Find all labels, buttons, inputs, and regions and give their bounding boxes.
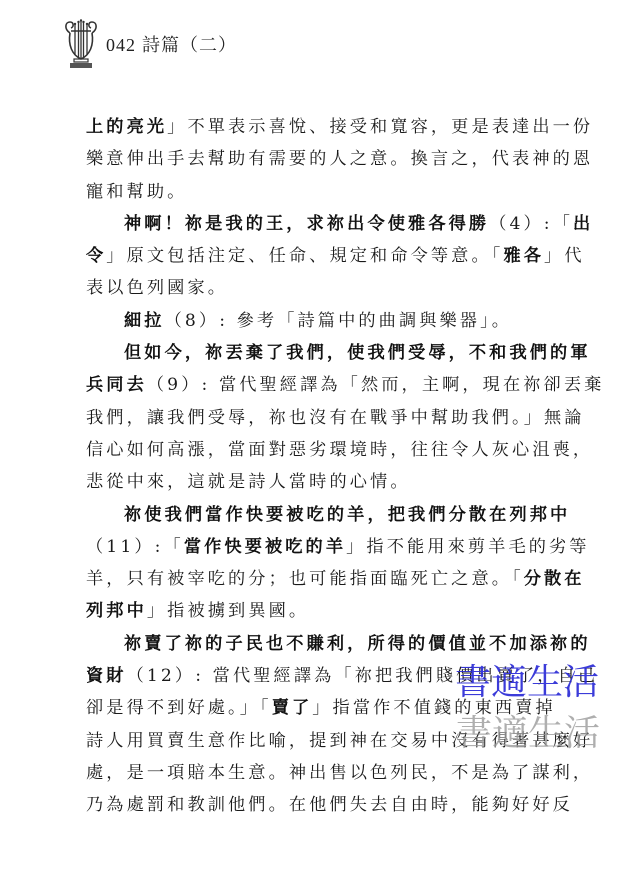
paragraph: 但如今，祢丟棄了我們，使我們受辱，不和我們的軍兵同去（9）: 當代聖經譯為「然而… (86, 337, 528, 498)
paragraph: 上的亮光」不單表示喜悅、接受和寬容，更是表達出一份樂意伸出手去幫助有需要的人之意… (86, 111, 528, 208)
scripture-quote: 令 (86, 246, 106, 266)
scripture-quote: 分散在 (524, 569, 585, 589)
scripture-quote: 資財 (86, 666, 127, 686)
commentary-text: 樂意伸出手去幫助有需要的人之意。換言之，代表神的恩 (86, 149, 593, 169)
text-line: 細拉（8）: 參考「詩篇中的曲調與樂器」。 (86, 305, 528, 337)
commentary-text: 乃為處罰和教訓他們。在他們失去自由時，能夠好好反 (86, 795, 573, 815)
text-line: 但如今，祢丟棄了我們，使我們受辱，不和我們的軍 (86, 337, 528, 369)
commentary-text: 羊，只有被宰吃的分；也可能指面臨死亡之意。「 (86, 569, 524, 589)
scripture-quote: 列邦中 (86, 601, 147, 621)
scripture-quote: 但如今，祢丟棄了我們，使我們受辱，不和我們的軍 (124, 343, 591, 363)
scripture-quote: 神啊！祢是我的王，求祢出令使雅各得勝 (124, 214, 489, 234)
text-line: 寵和幫助。 (86, 176, 528, 208)
text-line: 兵同去（9）: 當代聖經譯為「然而，主啊，現在祢卻丟棄 (86, 369, 528, 401)
text-line: 上的亮光」不單表示喜悅、接受和寬容，更是表達出一份 (86, 111, 528, 143)
scripture-quote: 祢使我們當作快要被吃的羊，把我們分散在列邦中 (124, 505, 570, 525)
commentary-text: 寵和幫助。 (86, 182, 187, 202)
commentary-text: （4）:「 (489, 214, 573, 234)
page-header: 042詩篇（二） (62, 18, 237, 70)
scripture-quote: 細拉 (124, 311, 165, 331)
paragraph: 神啊！祢是我的王，求祢出令使雅各得勝（4）:「出令」原文包括注定、任命、規定和命… (86, 208, 528, 305)
book-title: 詩篇（二） (142, 35, 237, 55)
commentary-text: 表以色列國家。 (86, 278, 228, 298)
text-line: 令」原文包括注定、任命、規定和命令等意。「雅各」代 (86, 240, 528, 272)
text-line: 我們，讓我們受辱，祢也沒有在戰爭中幫助我們。」無論 (86, 402, 528, 434)
text-line: 羊，只有被宰吃的分；也可能指面臨死亡之意。「分散在 (86, 563, 528, 595)
scripture-quote: 雅各 (503, 246, 544, 266)
paragraph: 祢使我們當作快要被吃的羊，把我們分散在列邦中（11）:「當作快要被吃的羊」指不能… (86, 499, 528, 628)
commentary-text: 」指被擄到異國。 (147, 601, 309, 621)
running-header: 042詩篇（二） (106, 31, 237, 57)
commentary-text: 」指不能用來剪羊毛的劣等 (346, 537, 589, 557)
scripture-quote: 賣了 (272, 698, 313, 718)
watermark-primary: 書適生活 (455, 654, 599, 705)
commentary-text: 悲從中來，這就是詩人當時的心情。 (86, 472, 411, 492)
text-line: 悲從中來，這就是詩人當時的心情。 (86, 466, 528, 498)
commentary-text: （11）:「 (86, 537, 184, 557)
commentary-text: 卻是得不到好處。」「 (86, 698, 272, 718)
commentary-text: 」代 (544, 246, 585, 266)
page-number: 042 (106, 35, 136, 55)
text-line: 乃為處罰和教訓他們。在他們失去自由時，能夠好好反 (86, 789, 528, 821)
scripture-quote: 祢賣了祢的子民也不賺利，所得的價值並不加添祢的 (124, 634, 591, 654)
commentary-text: 處，是一項賠本生意。神出售以色列民，不是為了謀利， (86, 763, 593, 783)
text-line: 處，是一項賠本生意。神出售以色列民，不是為了謀利， (86, 757, 528, 789)
watermark-secondary: 書適生活 (456, 705, 600, 756)
scripture-quote: 兵同去 (86, 375, 147, 395)
text-line: 樂意伸出手去幫助有需要的人之意。換言之，代表神的恩 (86, 143, 528, 175)
text-line: 表以色列國家。 (86, 272, 528, 304)
scripture-quote: 上的亮光 (86, 117, 167, 137)
text-line: 列邦中」指被擄到異國。 (86, 595, 528, 627)
scripture-quote: 出 (573, 214, 593, 234)
paragraph: 細拉（8）: 參考「詩篇中的曲調與樂器」。 (86, 305, 528, 337)
commentary-text: （8）: 參考「詩篇中的曲調與樂器」。 (165, 311, 513, 331)
commentary-text: （9）: 當代聖經譯為「然而，主啊，現在祢卻丟棄 (147, 375, 605, 395)
commentary-text: 我們，讓我們受辱，祢也沒有在戰爭中幫助我們。」無論 (86, 408, 585, 428)
scripture-quote: 當作快要被吃的羊 (184, 537, 346, 557)
text-line: 信心如何高漲，當面對惡劣環境時，往往令人灰心沮喪， (86, 434, 528, 466)
commentary-text: 」不單表示喜悅、接受和寬容，更是表達出一份 (167, 117, 593, 137)
lyre-icon (62, 19, 100, 69)
text-line: （11）:「當作快要被吃的羊」指不能用來剪羊毛的劣等 (86, 531, 528, 563)
text-line: 祢使我們當作快要被吃的羊，把我們分散在列邦中 (86, 499, 528, 531)
commentary-text: 信心如何高漲，當面對惡劣環境時，往往令人灰心沮喪， (86, 440, 593, 460)
text-line: 神啊！祢是我的王，求祢出令使雅各得勝（4）:「出 (86, 208, 528, 240)
commentary-text: 」原文包括注定、任命、規定和命令等意。「 (106, 246, 503, 266)
